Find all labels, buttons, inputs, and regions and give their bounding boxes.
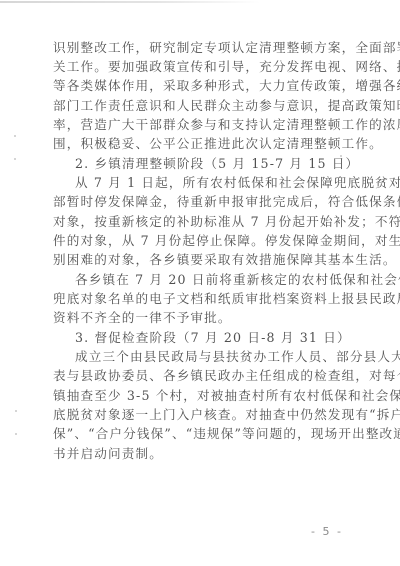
scan-speck [14, 158, 16, 160]
paragraph-line: 围，积极稳妥、公平公正推进此次认定清理整顿工作。 [53, 136, 335, 152]
paragraph-line: 保”、“合户分钱保”、“违规保”等问题的，现场开出整改通知 [53, 426, 335, 442]
paragraph-line: 部暂时停发保障金，待重新申报审批完成后，符合低保条件的 [53, 194, 335, 210]
paragraph-line: 识别整改工作，研究制定专项认定清理整顿方案，全面部署有 [53, 40, 335, 56]
paragraph-line: 镇抽查至少 3-5 个村，对被抽查村所有农村低保和社会保障兜 [53, 388, 335, 404]
paragraph-line: 底脱贫对象逐一上门入户核查。对抽查中仍然发现有“拆户 [53, 407, 335, 423]
scan-speck [14, 135, 16, 137]
scan-speck [340, 155, 342, 157]
paragraph-line: 关工作。要加强政策宣传和引导，充分发挥电视、网络、报纸 [53, 59, 335, 75]
document-page: 识别整改工作，研究制定专项认定清理整顿方案，全面部署有 关工作。要加强政策宣传和… [0, 0, 400, 566]
paragraph-line: 从 7 月 1 日起，所有农村低保和社会保障兜底脱贫对象全 [75, 175, 335, 191]
paragraph-line: 等各类媒体作用，采取多种形式，大力宣传政策，增强各级各 [53, 78, 335, 94]
scan-speck [15, 410, 17, 412]
section-heading-3: 3. 督促检查阶段（7 月 20 日-8 月 31 日） [75, 330, 335, 346]
paragraph-line: 书并启动问责制。 [53, 446, 335, 462]
paragraph-line: 率，营造广大干部群众参与和支持认定清理整顿工作的浓厚氛 [53, 117, 335, 133]
paragraph-line: 件的对象，从 7 月份起停止保障。停发保障金期间，对生活特 [53, 233, 335, 249]
paragraph-line: 兜底对象名单的电子文档和纸质审批档案资料上报县民政局， [53, 291, 335, 307]
paragraph-line: 资料不齐全的一律不予审批。 [53, 310, 335, 326]
paragraph-line: 各乡镇在 7 月 20 日前将重新核定的农村低保和社会保障 [75, 272, 335, 288]
paragraph-line: 成立三个由县民政局与县扶贫办工作人员、部分县人大代 [75, 349, 335, 365]
page-number: - 5 - [311, 525, 343, 538]
scan-speck [15, 433, 17, 435]
paragraph-line: 对象，按重新核定的补助标准从 7 月份起开始补发；不符合条 [53, 214, 335, 230]
section-heading-2: 2. 乡镇清理整顿阶段（5 月 15-7 月 15 日） [75, 156, 335, 172]
scan-edge-artifact [0, 1, 260, 3]
paragraph-line: 部门工作责任意识和人民群众主动参与意识，提高政策知晓 [53, 98, 335, 114]
paragraph-line: 别困难的对象，各乡镇要采取有效措施保障其基本生活。 [53, 252, 335, 268]
paragraph-line: 表与县政协委员、各乡镇民政办主任组成的检查组，对每个乡 [53, 368, 335, 384]
